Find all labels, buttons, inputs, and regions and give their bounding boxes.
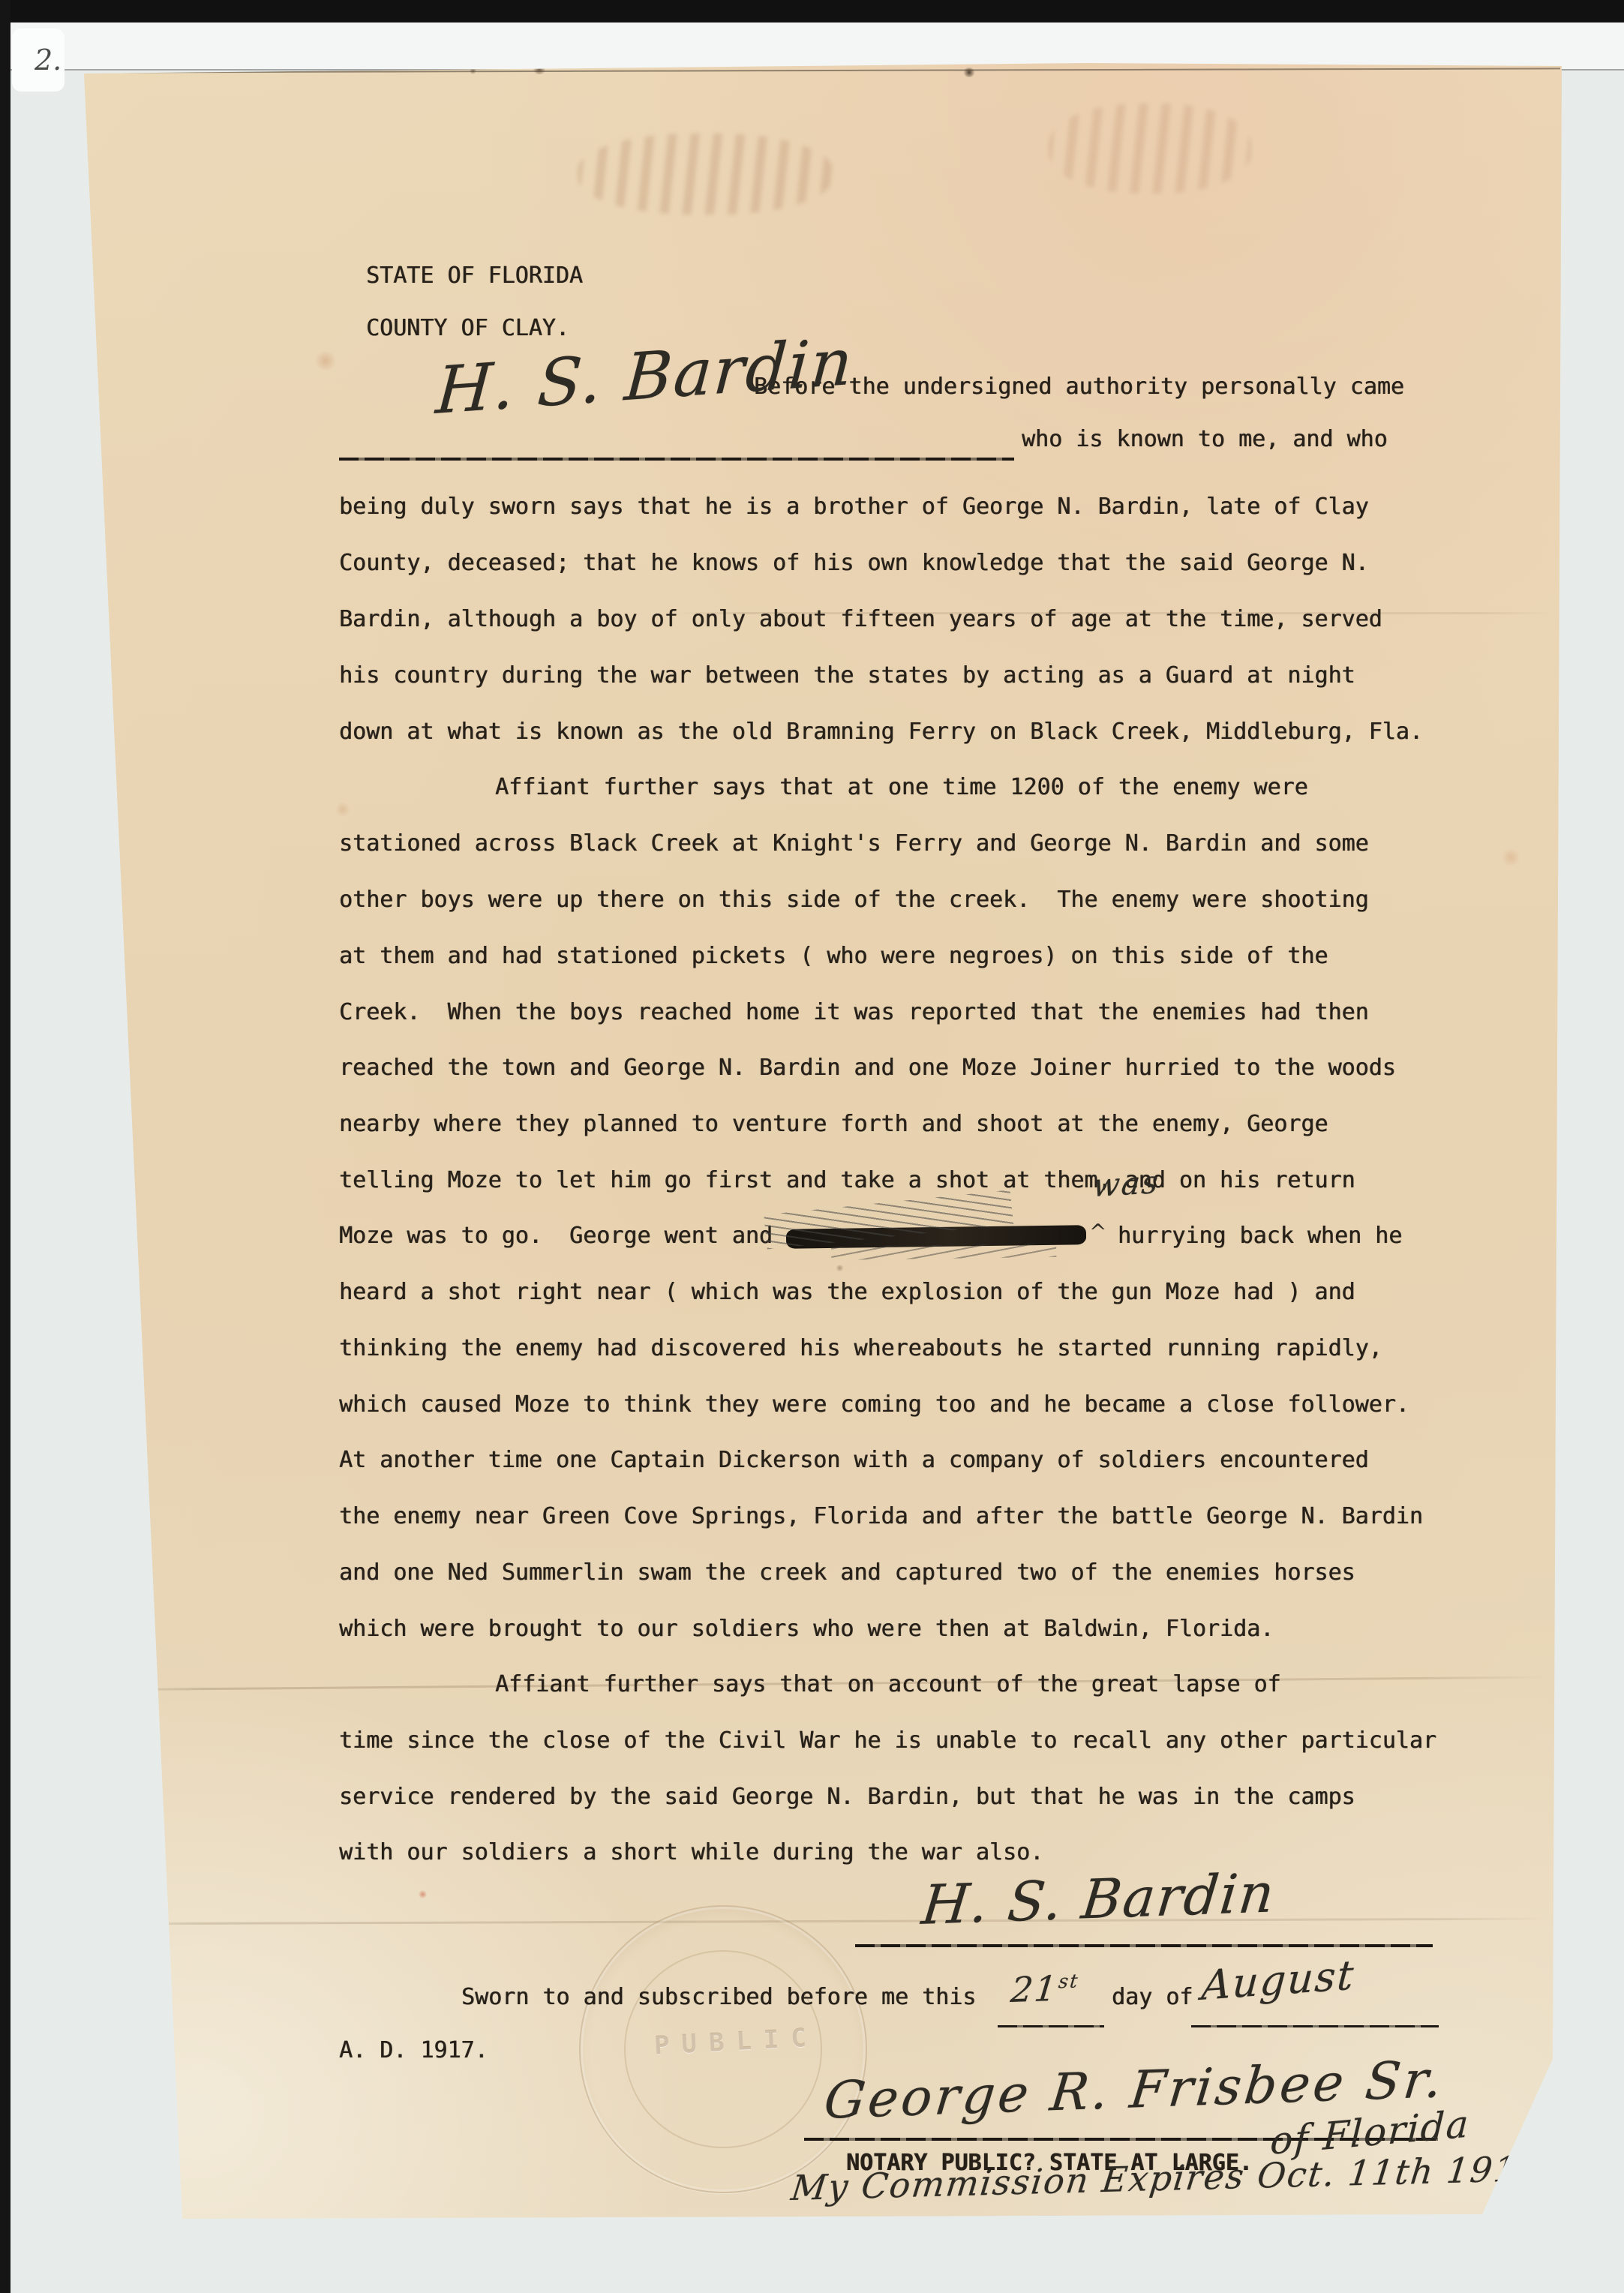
typed-line: down at what is known as the old Bramnin…	[339, 719, 1423, 746]
heading-state: STATE OF FLORIDA	[366, 263, 583, 290]
jurat-year: A. D. 1917.	[339, 2037, 488, 2064]
typed-line: Affiant further says that at one time 12…	[495, 774, 1308, 801]
heading-county: COUNTY OF CLAY.	[366, 315, 569, 342]
signature-rule-bottom	[855, 1944, 1433, 1947]
jurat-day-of: day of	[1112, 1984, 1193, 2011]
struck-out-text	[786, 1225, 1086, 1249]
scanner-lid-strip	[11, 23, 1624, 69]
typed-line-suffix: hurrying back when he	[1118, 1223, 1402, 1250]
signature-rule-top	[339, 458, 1014, 461]
page-number-note: 2.	[35, 44, 62, 77]
ink-bleedthrough-mark	[578, 134, 833, 215]
red-speck	[419, 1890, 427, 1898]
scan-top-edge	[0, 0, 1624, 23]
typed-line: which were brought to our soldiers who w…	[339, 1616, 1274, 1643]
typed-line: County, deceased; that he knows of his o…	[339, 550, 1369, 577]
typed-line: Creek. When the boys reached home it was…	[339, 999, 1369, 1026]
typed-line-prefix: Moze was to go. George went and	[339, 1223, 773, 1250]
ink-bleedthrough-mark	[1049, 104, 1251, 194]
fox-stain	[314, 351, 338, 371]
typed-line: with our soldiers a short while during t…	[339, 1839, 1043, 1866]
jurat-month-handwritten: August	[1200, 1951, 1356, 2009]
scanner-background: 2. PUBLIC STATE OF FLORIDA COUNTY OF CLA…	[0, 0, 1624, 2293]
typed-line: time since the close of the Civil War he…	[339, 1727, 1436, 1754]
typed-line: other boys were up there on this side of…	[339, 887, 1369, 914]
handwritten-insert-was: was	[1091, 1163, 1161, 1204]
folded-corner	[1482, 2061, 1554, 2216]
typed-line: At another time one Captain Dickerson wi…	[339, 1447, 1369, 1474]
who-line: who is known to me, and who	[1022, 426, 1388, 453]
typed-line: heard a shot right near ( which was the …	[339, 1279, 1355, 1306]
jurat-day-ordinal: st	[1058, 1970, 1080, 1992]
typed-line: the enemy near Green Cove Springs, Flori…	[339, 1503, 1423, 1530]
jurat-day-handwritten: 21st	[1009, 1967, 1080, 2010]
typed-line: his country during the war between the s…	[339, 662, 1355, 689]
day-underline	[998, 2025, 1104, 2027]
ink-smudge	[836, 1265, 844, 1271]
typed-line: which caused Moze to think they were com…	[339, 1391, 1409, 1418]
typed-line: Bardin, although a boy of only about fif…	[339, 606, 1382, 633]
typed-line: reached the town and George N. Bardin an…	[339, 1055, 1396, 1082]
paper-crease	[86, 1918, 1549, 1925]
month-underline	[1191, 2025, 1439, 2027]
affiant-signature-bottom: H. S. Bardin	[919, 1861, 1278, 1937]
typed-line: and one Ned Summerlin swam the creek and…	[339, 1559, 1355, 1586]
typed-line: nearby where they planned to venture for…	[339, 1111, 1328, 1138]
typed-line: at them and had stationed pickets ( who …	[339, 943, 1328, 970]
typed-line: Affiant further says that on account of …	[495, 1671, 1281, 1698]
jurat-text: Sworn to and subscribed before me this	[461, 1984, 976, 2011]
typed-line: telling Moze to let him go first and tak…	[339, 1167, 1355, 1194]
scan-left-edge	[0, 0, 11, 2293]
fox-stain	[335, 803, 351, 816]
fox-stain	[1500, 849, 1521, 866]
dark-speck	[963, 68, 975, 77]
insertion-caret: ^	[1089, 1220, 1106, 1244]
jurat-day-number: 21	[1009, 1968, 1060, 2010]
typed-line: being duly sworn says that he is a broth…	[339, 494, 1369, 521]
affidavit-sheet: PUBLIC STATE OF FLORIDA COUNTY OF CLAY. …	[0, 0, 1624, 2293]
typed-line: thinking the enemy had discovered his wh…	[339, 1335, 1382, 1362]
typed-line: service rendered by the said George N. B…	[339, 1784, 1355, 1811]
typed-line: stationed across Black Creek at Knight's…	[339, 830, 1369, 857]
